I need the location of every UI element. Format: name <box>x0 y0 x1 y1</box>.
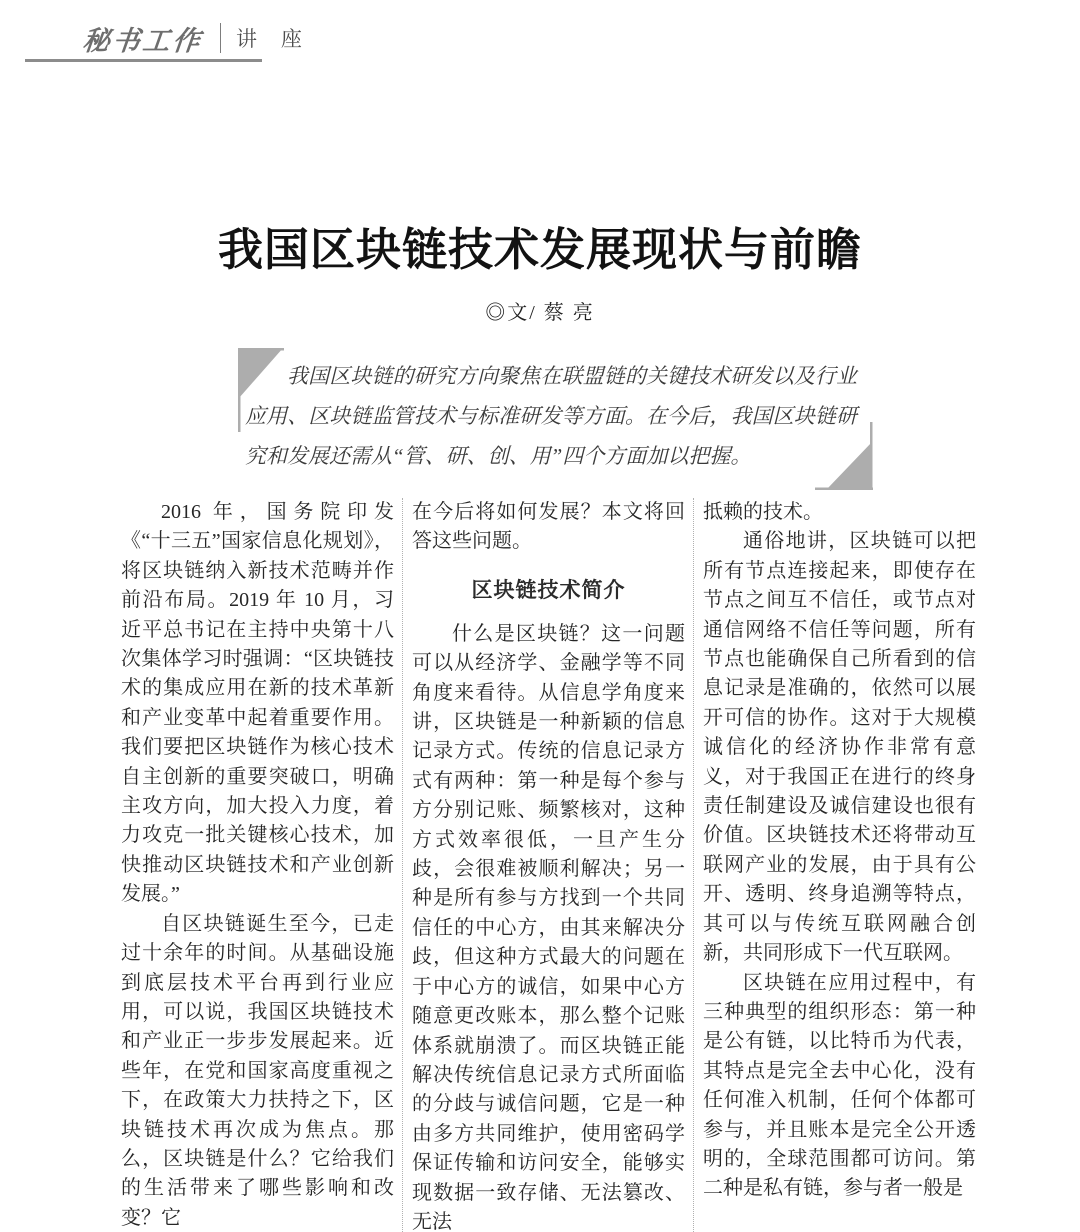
column-2: 在今后将如何发展？本文将回答这些问题。 区块链技术简介 什么是区块链？这一问题可… <box>402 498 685 1232</box>
section-heading: 区块链技术简介 <box>412 574 685 604</box>
corner-fold-top-left-icon <box>238 348 284 432</box>
section-label: 讲 座 <box>236 23 311 53</box>
paragraph: 2016 年，国务院印发《“十三五”国家信息化规划》，将区块链纳入新技术范畴并作… <box>121 498 394 910</box>
article-body: 2016 年，国务院印发《“十三五”国家信息化规划》，将区块链纳入新技术范畴并作… <box>121 498 976 1232</box>
column-3: 抵赖的技术。 通俗地讲，区块链可以把所有节点连接起来，即使存在节点之间互不信任，… <box>693 498 976 1232</box>
magazine-logo: 秘书工作 <box>81 19 205 58</box>
page-title: 我国区块链技术发展现状与前瞻 <box>0 213 1080 278</box>
abstract-text: 我国区块链的研究方向聚焦在联盟链的关键技术研发以及行业应用、区块链监管技术与标准… <box>245 352 857 476</box>
masthead-rule <box>25 59 262 62</box>
paragraph: 区块链在应用过程中，有三种典型的组织形态：第一种是公有链，以比特币为代表，其特点… <box>703 969 976 1204</box>
corner-fold-bottom-right-icon <box>815 422 873 490</box>
column-1: 2016 年，国务院印发《“十三五”国家信息化规划》，将区块链纳入新技术范畴并作… <box>121 498 394 1232</box>
masthead: 秘书工作 讲 座 <box>25 20 325 62</box>
byline: ◎文/ 蔡 亮 <box>0 296 1080 325</box>
masthead-row: 秘书工作 讲 座 <box>25 20 325 56</box>
paragraph: 自区块链诞生至今，已走过十余年的时间。从基础设施到底层技术平台再到行业应用，可以… <box>121 910 394 1232</box>
abstract-box: 我国区块链的研究方向聚焦在联盟链的关键技术研发以及行业应用、区块链监管技术与标准… <box>245 352 857 476</box>
masthead-divider <box>220 23 221 53</box>
paragraph: 什么是区块链？这一问题可以从经济学、金融学等不同角度来看待。从信息学角度来讲，区… <box>412 620 685 1232</box>
paragraph: 抵赖的技术。 <box>703 498 976 527</box>
paragraph: 在今后将如何发展？本文将回答这些问题。 <box>412 498 685 557</box>
paragraph: 通俗地讲，区块链可以把所有节点连接起来，即使存在节点之间互不信任，或节点对通信网… <box>703 527 976 968</box>
magazine-page: { "header": { "logo": "秘书工作", "section":… <box>0 0 1080 1232</box>
